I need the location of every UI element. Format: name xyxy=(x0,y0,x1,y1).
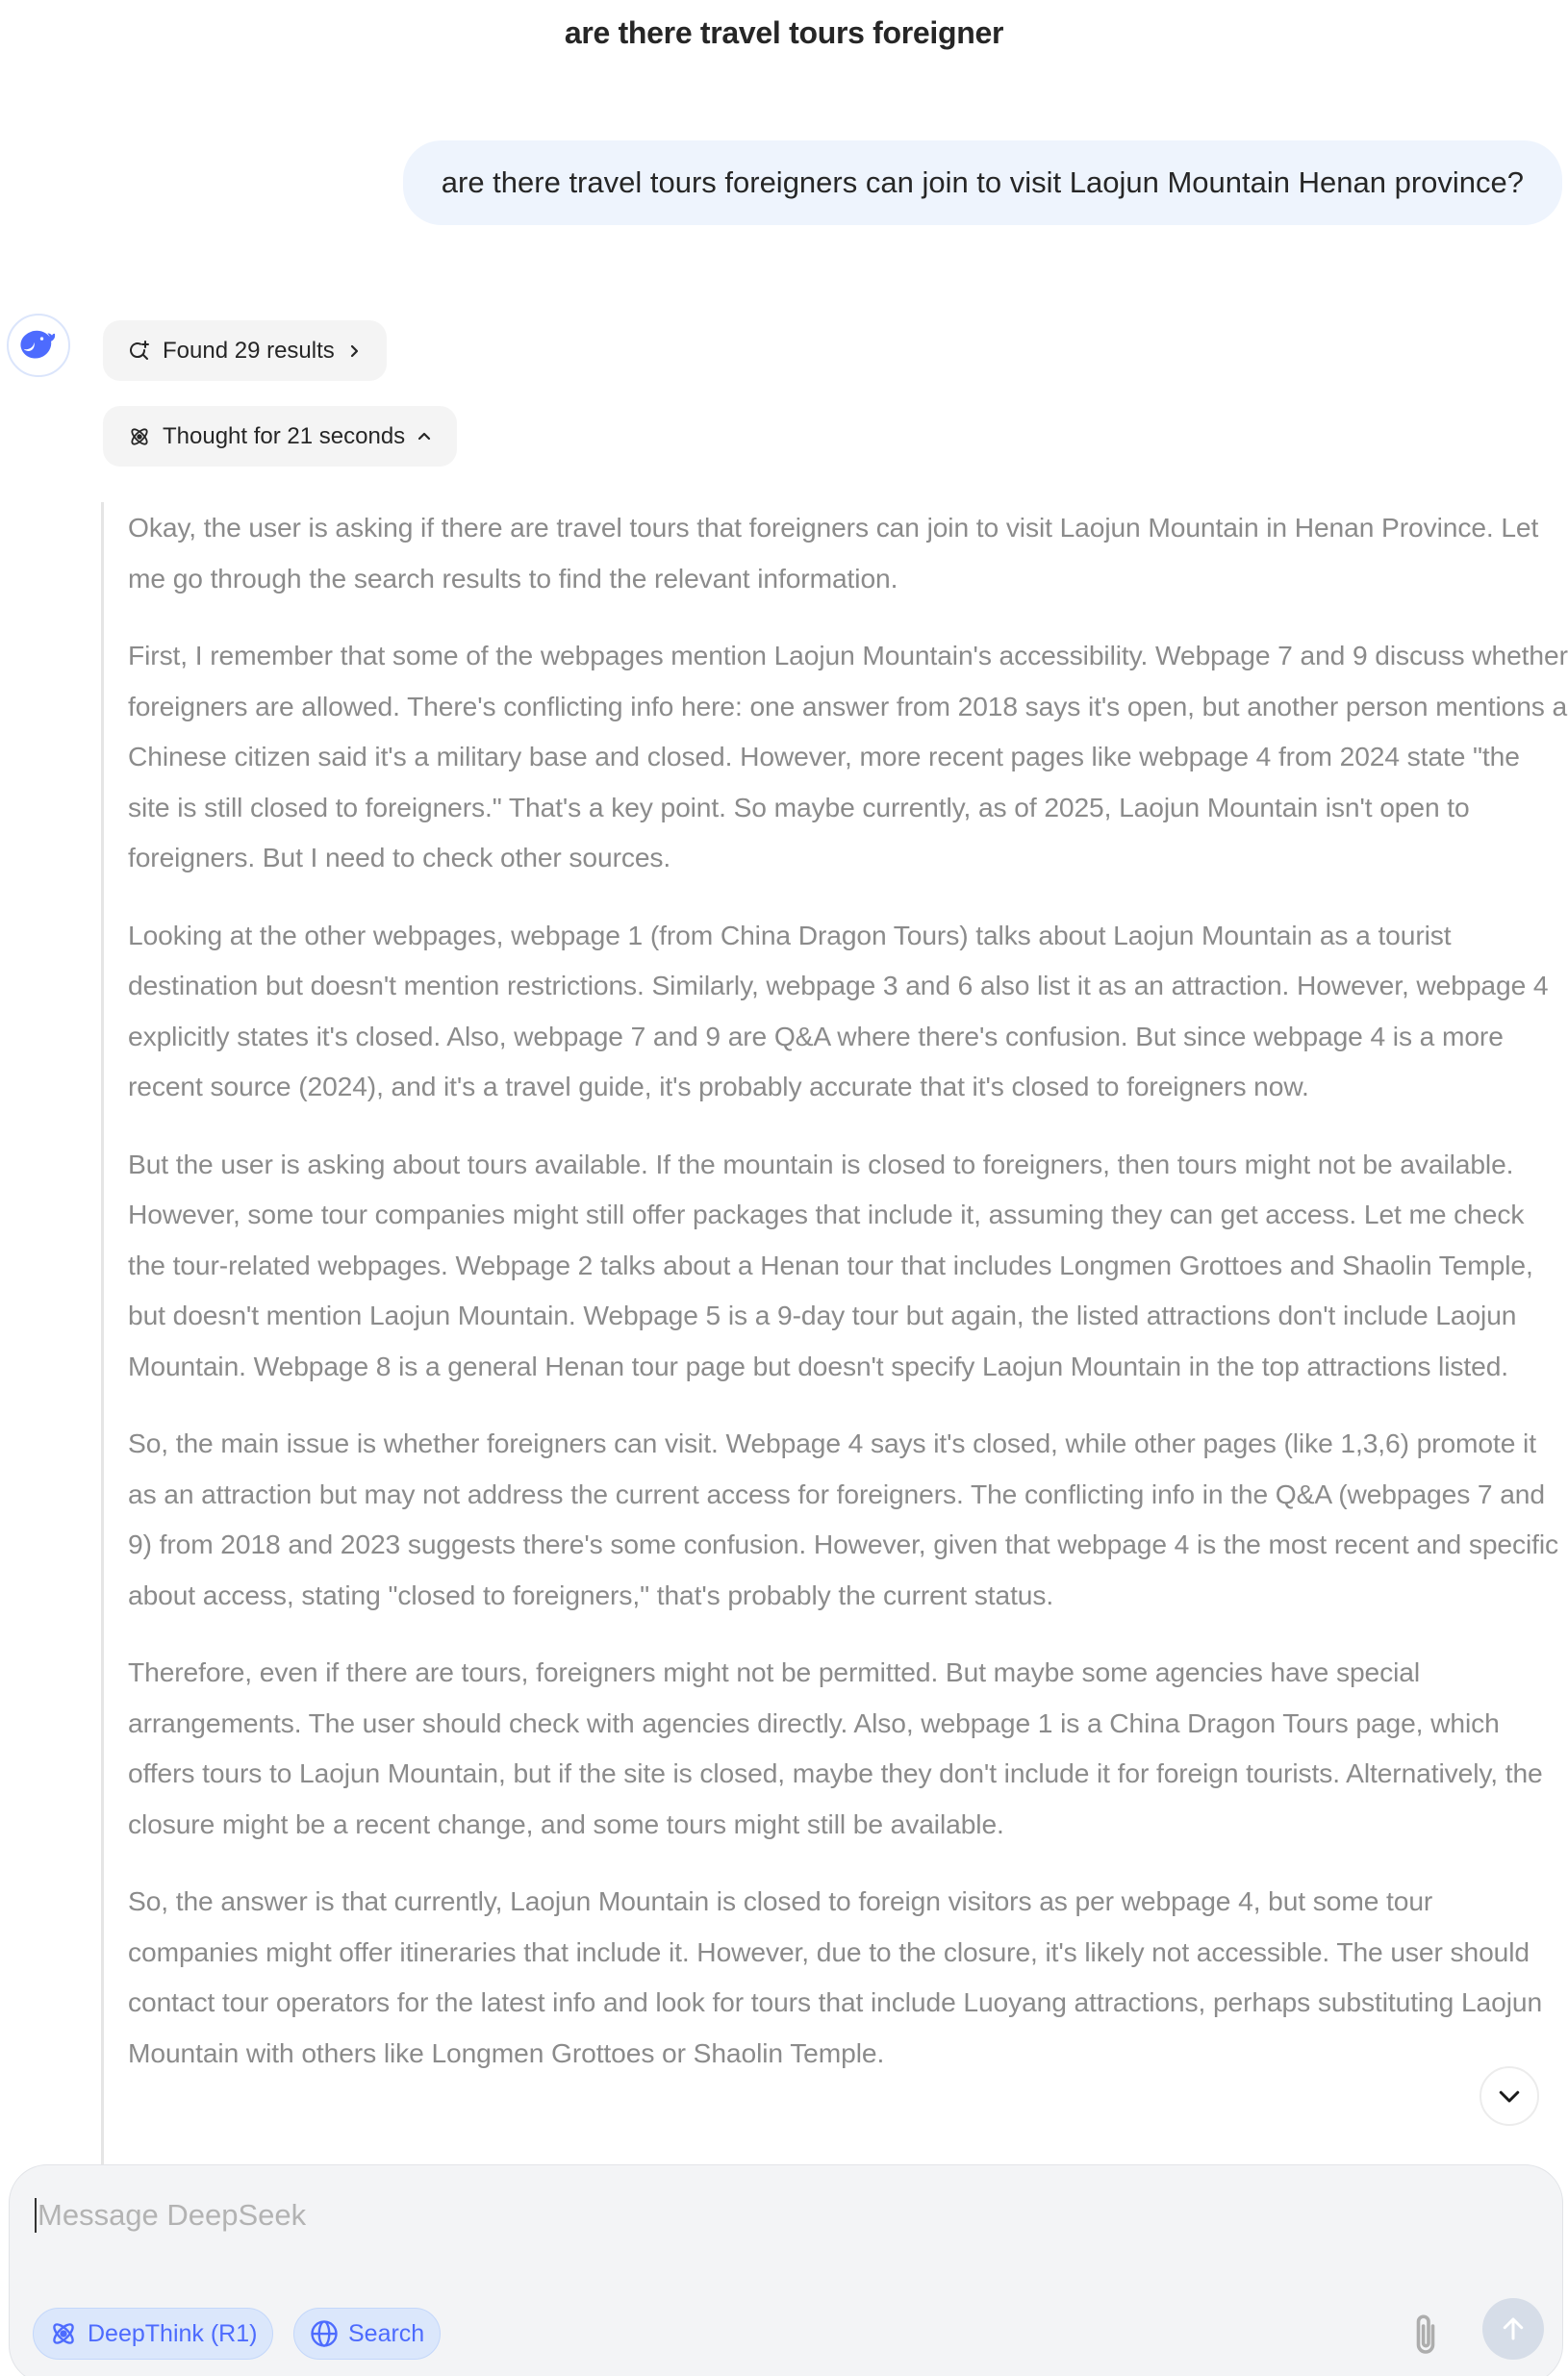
message-input[interactable]: Message DeepSeek xyxy=(35,2186,1478,2244)
atom-icon xyxy=(49,2319,78,2348)
user-message-text: are there travel tours foreigners can jo… xyxy=(442,165,1524,200)
search-sparkle-icon xyxy=(128,340,151,363)
deepthink-toggle[interactable]: DeepThink (R1) xyxy=(33,2308,273,2360)
page-title: are there travel tours foreigner xyxy=(0,15,1568,51)
thinking-block: Okay, the user is asking if there are tr… xyxy=(101,502,1568,2166)
search-results-label: Found 29 results xyxy=(163,338,335,365)
atom-icon xyxy=(128,425,151,448)
arrow-up-icon xyxy=(1499,2314,1528,2343)
chevron-down-icon xyxy=(1495,2082,1524,2111)
thought-toggle-button[interactable]: Thought for 21 seconds xyxy=(103,406,457,467)
message-composer: Message DeepSeek DeepThink (R1) Search xyxy=(9,2164,1563,2376)
thinking-paragraph: But the user is asking about tours avail… xyxy=(128,1139,1568,1392)
paperclip-icon xyxy=(1411,2312,1440,2358)
scroll-to-bottom-button[interactable] xyxy=(1479,2066,1539,2126)
deepseek-whale-icon xyxy=(19,328,58,363)
search-results-button[interactable]: Found 29 results xyxy=(103,320,387,381)
thinking-paragraph: Looking at the other webpages, webpage 1… xyxy=(128,910,1568,1112)
chevron-right-icon xyxy=(346,343,362,359)
attach-file-button[interactable] xyxy=(1410,2308,1441,2362)
assistant-avatar xyxy=(7,314,70,377)
thought-label: Thought for 21 seconds xyxy=(163,423,405,450)
thinking-paragraph: Okay, the user is asking if there are tr… xyxy=(128,502,1568,603)
message-input-placeholder: Message DeepSeek xyxy=(38,2198,306,2233)
thinking-paragraph: First, I remember that some of the webpa… xyxy=(128,630,1568,883)
chevron-up-icon xyxy=(417,429,432,444)
globe-icon xyxy=(310,2319,339,2348)
send-button[interactable] xyxy=(1482,2298,1544,2360)
deepthink-label: DeepThink (R1) xyxy=(88,2320,257,2348)
thinking-paragraph: So, the main issue is whether foreigners… xyxy=(128,1418,1568,1620)
user-message-bubble: are there travel tours foreigners can jo… xyxy=(403,140,1562,225)
search-label: Search xyxy=(348,2320,424,2348)
thinking-paragraph: Therefore, even if there are tours, fore… xyxy=(128,1647,1568,1849)
search-toggle[interactable]: Search xyxy=(293,2308,441,2360)
text-caret xyxy=(35,2198,37,2233)
thinking-paragraph: So, the answer is that currently, Laojun… xyxy=(128,1876,1568,2078)
